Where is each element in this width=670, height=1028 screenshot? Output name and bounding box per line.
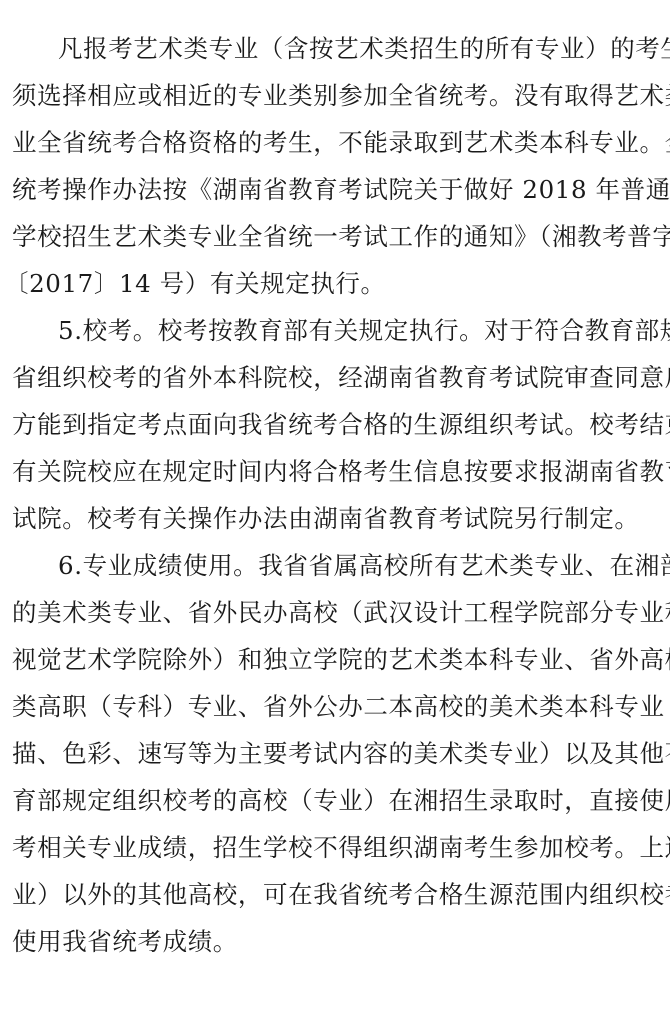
paragraph-line: 类高职（专科）专业、省外公办二本高校的美术类本科专业（指以素 xyxy=(12,692,662,722)
paragraph-line: 考相关专业成绩，招生学校不得组织湖南考生参加校考。上述高校（专 xyxy=(12,833,662,863)
paragraph-line: 凡报考艺术类专业（含按艺术类招生的所有专业）的考生必 xyxy=(58,34,662,64)
paragraph-line: 学校招生艺术类专业全省统一考试工作的通知》（湘教考普字 xyxy=(12,222,662,252)
paragraph-line: 业全省统考合格资格的考生，不能录取到艺术类本科专业。全省 xyxy=(12,128,662,158)
paragraph-line: 方能到指定考点面向我省统考合格的生源组织考试。校考结束后， xyxy=(12,410,662,440)
paragraph-line: 试院。校考有关操作办法由湖南省教育考试院另行制定。 xyxy=(12,504,662,534)
paragraph-line: 业）以外的其他高校，可在我省统考合格生源范围内组织校考，也可 xyxy=(12,880,662,910)
paragraph-line: 5.校考。校考按教育部有关规定执行。对于符合教育部规定跨 xyxy=(58,316,662,346)
paragraph-line: 统考操作办法按《湖南省教育考试院关于做好 2018 年普通高等 xyxy=(12,175,662,205)
paragraph-line: 的美术类专业、省外民办高校（武汉设计工程学院部分专业和上海 xyxy=(12,598,662,628)
paragraph-line: 6.专业成绩使用。我省省属高校所有艺术类专业、在湘部属高校 xyxy=(58,551,662,581)
paragraph-line: 省组织校考的省外本科院校，经湖南省教育考试院审查同意后， xyxy=(12,363,662,393)
paragraph-line: 育部规定组织校考的高校（专业）在湘招生录取时，直接使用我省统 xyxy=(12,786,662,816)
document-page: 凡报考艺术类专业（含按艺术类招生的所有专业）的考生必 须选择相应或相近的专业类别… xyxy=(0,0,670,1028)
paragraph-line: 有关院校应在规定时间内将合格考生信息按要求报湖南省教育考 xyxy=(12,457,662,487)
paragraph-line: 须选择相应或相近的专业类别参加全省统考。没有取得艺术类专 xyxy=(12,81,662,111)
paragraph-line: 使用我省统考成绩。 xyxy=(12,927,662,957)
paragraph-line: 视觉艺术学院除外）和独立学院的艺术类本科专业、省外高校的艺术 xyxy=(12,645,662,675)
paragraph-line: 描、色彩、速写等为主要考试内容的美术类专业）以及其他不符合教 xyxy=(12,739,662,769)
paragraph-line: 〔2017〕14 号）有关规定执行。 xyxy=(4,269,654,299)
